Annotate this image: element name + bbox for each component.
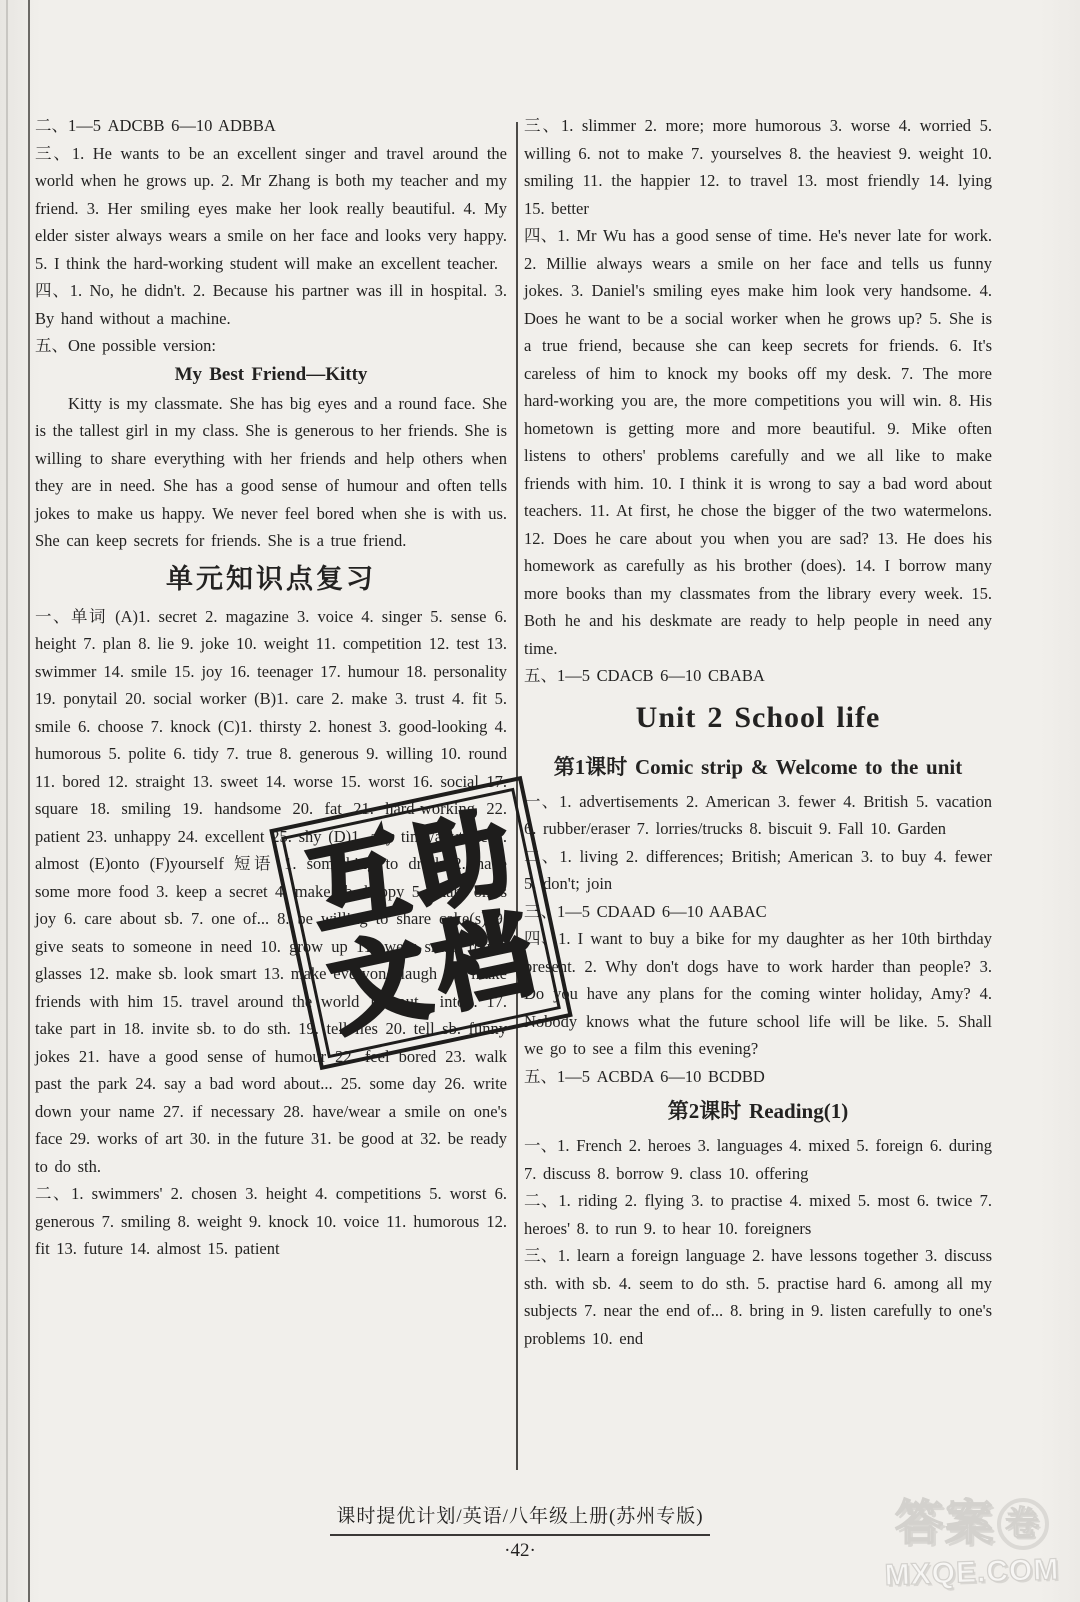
answer-paragraph: 三、1. slimmer 2. more; more humorous 3. w… [524,112,992,222]
composition-title: My Best Friend—Kitty [35,360,507,390]
lesson-heading: 第1课时 Comic strip & Welcome to the unit [524,746,992,788]
answer-paragraph: 三、1. learn a foreign language 2. have le… [524,1242,992,1352]
answer-paragraph: 二、1—5 ADCBB 6—10 ADBBA [35,112,507,140]
answer-paragraph: 三、1—5 CDAAD 6—10 AABAC [524,898,992,926]
answer-paragraph: 四、1. Mr Wu has a good sense of time. He'… [524,222,992,662]
answer-paragraph: 四、1. I want to buy a bike for my daughte… [524,925,992,1063]
corner-watermark-text: 答案 [895,1496,995,1552]
answer-paragraph: 五、1—5 CDACB 6—10 CBABA [524,662,992,690]
answer-paragraph: 三、1. He wants to be an excellent singer … [35,140,507,278]
footer-booklet-title: 课时提优计划/英语/八年级上册(苏州专版) [330,1502,710,1536]
footer-page-number: ·42· [330,1540,710,1562]
answer-paragraph: 二、1. riding 2. flying 3. to practise 4. … [524,1187,992,1242]
section-heading: 单元知识点复习 [35,555,507,603]
corner-watermark-circled-char: 卷 [997,1498,1049,1550]
corner-watermark: 答案 卷 MXQE.COM [872,1496,1072,1590]
unit-heading: Unit 2 School life [524,690,992,746]
answer-paragraph: 一、1. advertisements 2. American 3. fewer… [524,788,992,843]
answer-paragraph: 五、One possible version: [35,332,507,360]
left-column: 二、1—5 ADCBB 6—10 ADBBA三、1. He wants to b… [35,112,507,1263]
right-column: 三、1. slimmer 2. more; more humorous 3. w… [524,112,992,1352]
answer-paragraph: 五、1—5 ACBDA 6—10 BCDBD [524,1063,992,1091]
rotated-stamp-watermark: 互助 文档 [269,776,573,1070]
lesson-heading: 第2课时 Reading(1) [524,1090,992,1132]
answer-paragraph: 一、1. French 2. heroes 3. languages 4. mi… [524,1132,992,1187]
answer-paragraph: 四、1. No, he didn't. 2. Because his partn… [35,277,507,332]
answer-paragraph: 二、1. swimmers' 2. chosen 3. height 4. co… [35,1180,507,1263]
corner-watermark-site: MXQE.COM [871,1553,1072,1594]
scanned-answer-page: 二、1—5 ADCBB 6—10 ADBBA三、1. He wants to b… [0,0,1080,1602]
answer-paragraph: Kitty is my classmate. She has big eyes … [35,390,507,555]
scan-edge-line-inner [28,0,30,1602]
stamp-inner-border: 互助 文档 [281,788,561,1059]
answer-paragraph: 二、1. living 2. differences; British; Ame… [524,843,992,898]
corner-watermark-title: 答案 卷 [872,1496,1072,1552]
scan-edge-line-outer [6,0,8,1602]
